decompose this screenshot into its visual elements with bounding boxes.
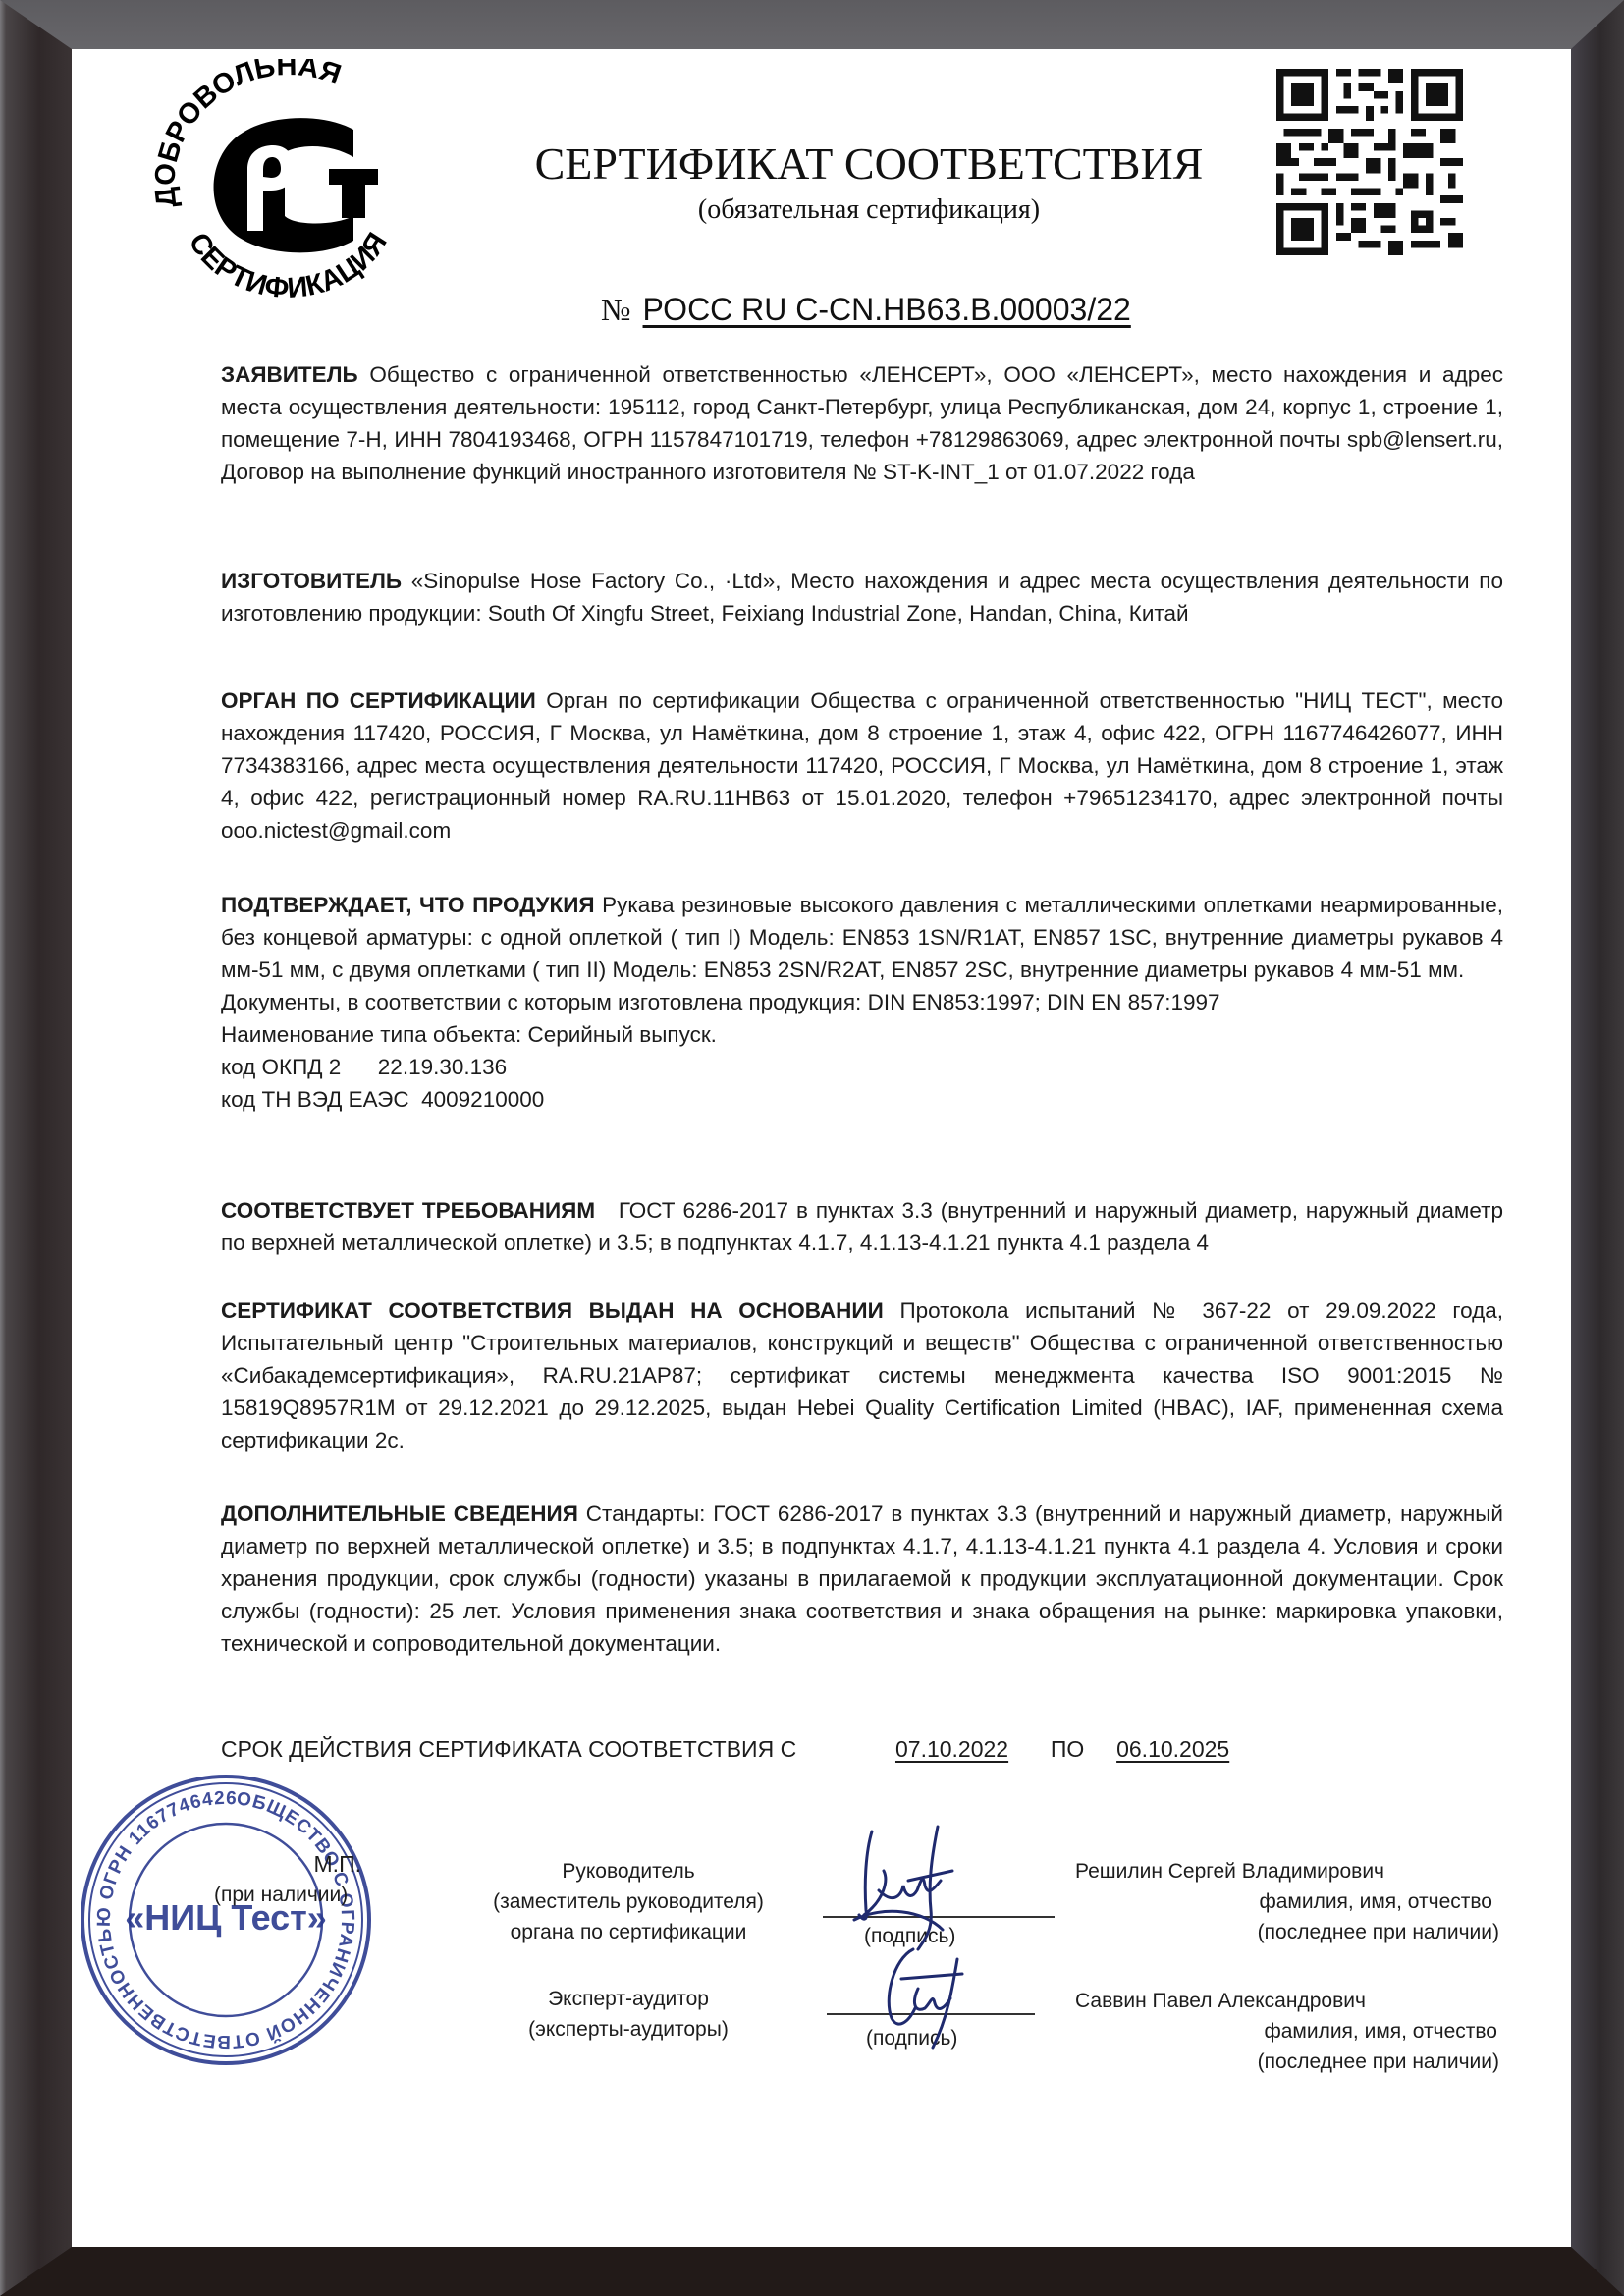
- head-role-line2: (заместитель руководителя): [471, 1886, 785, 1917]
- frame-top: [0, 0, 1624, 49]
- validity-to-label: ПО: [1051, 1736, 1084, 1762]
- product-object-type: Наименование типа объекта: Серийный выпу…: [221, 1018, 1503, 1051]
- frame-left: [0, 0, 72, 2296]
- section-label: ДОПОЛНИТЕЛЬНЫЕ СВЕДЕНИЯ: [221, 1502, 578, 1526]
- section-label: ОРГАН ПО СЕРТИФИКАЦИИ: [221, 688, 536, 713]
- certificate-subtitle: (обязательная сертификация): [530, 194, 1208, 226]
- head-name: Решилин Сергей Владимирович: [1075, 1856, 1468, 1886]
- section-label: ПОДТВЕРЖДАЕТ, ЧТО ПРОДУКИЯ: [221, 893, 595, 917]
- validity-from: 07.10.2022: [895, 1736, 1008, 1762]
- section-applicant: ЗАЯВИТЕЛЬ Общество с ограниченной ответс…: [221, 358, 1503, 488]
- tnved-label: код ТН ВЭД ЕАЭС: [221, 1087, 409, 1112]
- validity-label: СРОК ДЕЙСТВИЯ СЕРТИФИКАТА СООТВЕТСТВИЯ С: [221, 1736, 796, 1762]
- section-label: ИЗГОТОВИТЕЛЬ: [221, 569, 402, 593]
- expert-name: Саввин Павел Александрович: [1075, 1986, 1468, 2016]
- section-text: Общество с ограниченной ответственностью…: [221, 362, 1503, 484]
- validity-period: СРОК ДЕЙСТВИЯ СЕРТИФИКАТА СООТВЕТСТВИЯ С…: [221, 1736, 1229, 1763]
- stamp-seal-icon: ОБЩЕСТВО С ОГРАНИЧЕННОЙ ОТВЕТСТВЕННОСТЬЮ…: [74, 1768, 378, 2072]
- expert-name-caption1: фамилия, имя, отчество: [1208, 2016, 1497, 2047]
- certificate-title: СЕРТИФИКАТ СООТВЕТСТВИЯ: [530, 137, 1208, 190]
- head-name-caption1: фамилия, имя, отчество: [1208, 1886, 1492, 1917]
- certificate-number-value: РОСС RU С-CN.НВ63.В.00003/22: [643, 292, 1131, 327]
- expert-role-line2: (эксперты-аудиторы): [471, 2014, 785, 2045]
- section-text: «Sinopulse Hose Factory Co., ·Ltd», Мест…: [221, 569, 1503, 626]
- tnved-value: 4009210000: [421, 1087, 544, 1112]
- head-role: Руководитель (заместитель руководителя) …: [471, 1856, 785, 1947]
- frame-right: [1571, 0, 1624, 2296]
- section-label: ЗАЯВИТЕЛЬ: [221, 362, 358, 387]
- product-documents: Документы, в соответствии с которым изго…: [221, 986, 1503, 1018]
- expert-name-caption2: (последнее при наличии): [1208, 2047, 1499, 2077]
- section-label: СООТВЕТСТВУЕТ ТРЕБОВАНИЯМ: [221, 1198, 595, 1223]
- section-manufacturer: ИЗГОТОВИТЕЛЬ «Sinopulse Hose Factory Co.…: [221, 565, 1503, 629]
- section-product: ПОДТВЕРЖДАЕТ, ЧТО ПРОДУКИЯ Рукава резино…: [221, 889, 1503, 1116]
- rst-certification-mark-icon: ДОБРОВОЛЬНАЯ СЕРТИФИКАЦИЯ: [137, 59, 432, 314]
- section-basis: СЕРТИФИКАТ СООТВЕТСТВИЯ ВЫДАН НА ОСНОВАН…: [221, 1294, 1503, 1456]
- section-requirements: СООТВЕТСТВУЕТ ТРЕБОВАНИЯМ ГОСТ 6286-2017…: [221, 1194, 1503, 1259]
- number-sign: №: [601, 292, 631, 327]
- certificate-number: №РОСС RU С-CN.НВ63.В.00003/22: [601, 292, 1131, 328]
- section-certification-body: ОРГАН ПО СЕРТИФИКАЦИИ Орган по сертифика…: [221, 684, 1503, 847]
- head-role-line1: Руководитель: [471, 1856, 785, 1886]
- section-additional: ДОПОЛНИТЕЛЬНЫЕ СВЕДЕНИЯ Стандарты: ГОСТ …: [221, 1498, 1503, 1660]
- product-okpd: код ОКПД 2 22.19.30.136: [221, 1051, 1503, 1083]
- qr-code-icon: [1276, 69, 1463, 255]
- okpd-value: 22.19.30.136: [378, 1055, 507, 1079]
- head-name-caption2: (последнее при наличии): [1208, 1917, 1499, 1947]
- seal-note: (при наличии): [214, 1880, 371, 1910]
- frame-bottom: [0, 2247, 1624, 2296]
- validity-to: 06.10.2025: [1116, 1736, 1229, 1762]
- section-label: СЕРТИФИКАТ СООТВЕТСТВИЯ ВЫДАН НА ОСНОВАН…: [221, 1298, 884, 1323]
- okpd-label: код ОКПД 2: [221, 1055, 341, 1079]
- expert-role-line1: Эксперт-аудитор: [471, 1984, 785, 2014]
- product-tnved: код ТН ВЭД ЕАЭС 4009210000: [221, 1083, 1503, 1116]
- signature-scribbles-icon: [815, 1812, 1090, 2067]
- seal-label: М.П.: [263, 1849, 361, 1880]
- expert-role: Эксперт-аудитор (эксперты-аудиторы): [471, 1984, 785, 2045]
- head-role-line3: органа по сертификации: [471, 1917, 785, 1947]
